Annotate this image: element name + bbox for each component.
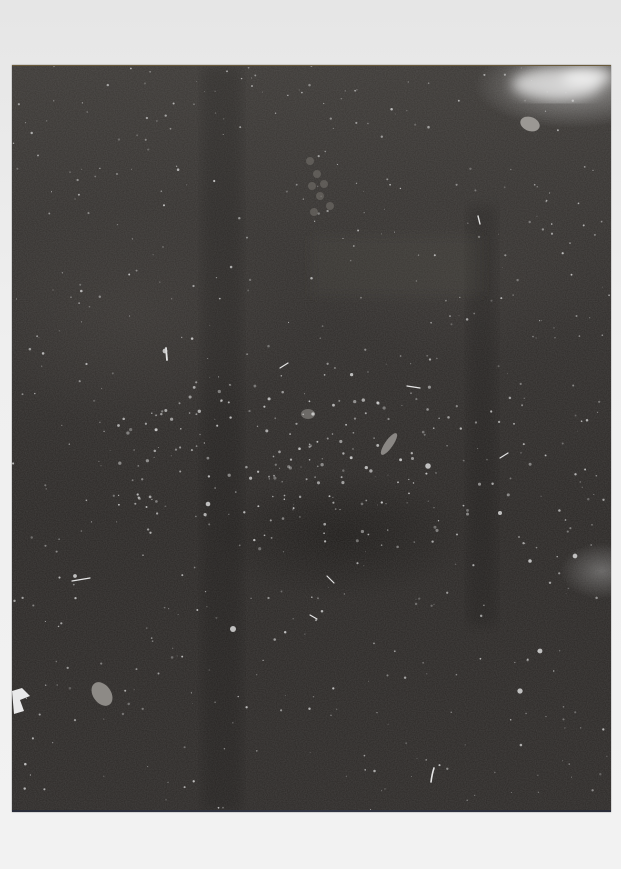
photographic-print (12, 65, 611, 812)
print-texture (12, 66, 611, 812)
scanner-bed (0, 0, 621, 869)
print-bottom-edge (12, 810, 611, 812)
